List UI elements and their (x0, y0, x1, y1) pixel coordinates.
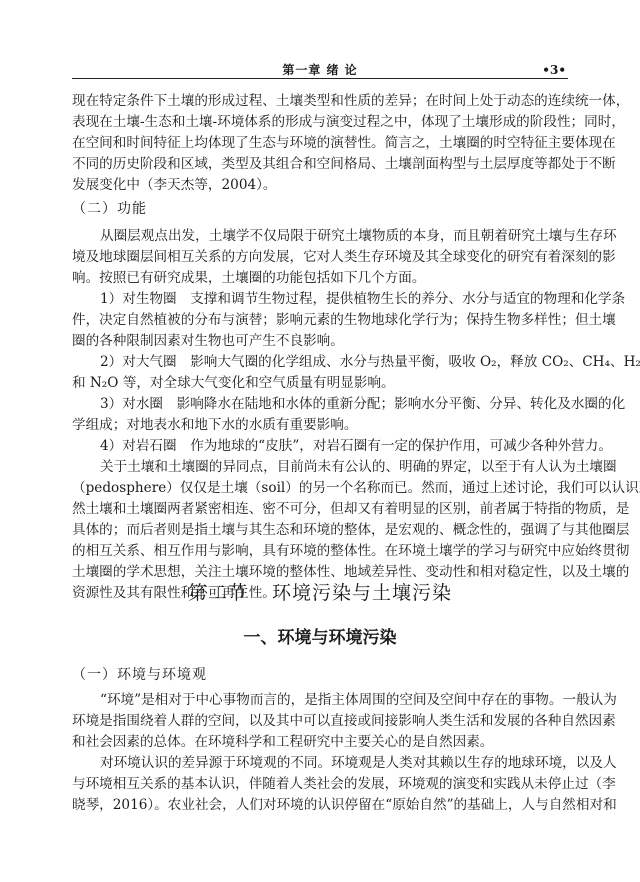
paragraph-line: 圈的各种限制因素对生物也可产生不良影响。 (72, 331, 568, 352)
paragraph-line: 件，决定自然植被的分布与演替；影响元素的生物地球化学行为；保持生物多样性；但土壤 (72, 310, 568, 331)
chapter-title: 第一章 绪 论 (72, 62, 568, 78)
subsection-heading-environment: （一）环境与环境观 (72, 665, 207, 685)
paragraph-line: 对环境认识的差异源于环境观的不同。环境观是人类对其赖以生存的地球环境，以及人 (100, 753, 568, 774)
section-heading: 第二节环境污染与土壤污染 (0, 580, 640, 606)
document-page: 第一章 绪 论 •3• 现在特定条件下土壤的形成过程、土壤类型和性质的差异；在时… (0, 0, 640, 882)
paragraph-line: 和社会因素的总体。在环境科学和工程研究中主要关心的是自然因素。 (72, 732, 568, 753)
running-header: 第一章 绪 论 •3• (72, 62, 568, 78)
paragraph-line: 关于土壤和土壤圈的异同点，目前尚未有公认的、明确的界定，以至于有人认为土壤圈 (100, 457, 568, 478)
paragraph-line: 不同的历史阶段和区域，类型及其组合和空间格局、土壤剖面构型与土层厚度等都处于不断 (72, 154, 568, 175)
page-number: •3• (542, 62, 566, 78)
paragraph-line: “环境”是相对于中心事物而言的，是指主体周围的空间及空间中存在的事物。一般认为 (100, 690, 568, 711)
part-heading: 一、环境与环境污染 (0, 626, 640, 650)
paragraph-line: 现在特定条件下土壤的形成过程、土壤类型和性质的差异；在时间上处于动态的连续统一体… (72, 91, 568, 112)
paragraph-line: 响。按照已有研究成果，土壤圈的功能包括如下几个方面。 (72, 268, 568, 289)
subsection-heading-function: （二）功能 (72, 199, 147, 219)
list-item-biosphere: 1）对生物圈 支撑和调节生物过程，提供植物生长的养分、水分与适宜的物理和化学条 (100, 289, 568, 310)
list-item-atmosphere: 2）对大气圈 影响大气圈的化学组成、水分与热量平衡，吸收 O₂，释放 CO₂、C… (100, 352, 568, 373)
section-number: 第二节 (188, 582, 248, 604)
paragraph-line: 表现在土壤-生态和土壤-环境体系的形成与演变过程之中，体现了土壤形成的阶段性；同… (72, 112, 568, 133)
paragraph-line: （pedosphere）仅仅是土壤（soil）的另一个名称而已。然而，通过上述讨… (72, 478, 568, 499)
paragraph-line: 然土壤和土壤圈两者紧密相连、密不可分，但却又有着明显的区别，前者属于特指的物质，… (72, 499, 568, 520)
header-rule (72, 78, 568, 79)
paragraph-line: 与环境相互关系的基本认识，伴随着人类社会的发展，环境观的演变和实践从未停止过（李 (72, 774, 568, 795)
paragraph-line: 具体的；而后者则是指土壤与其生态和环境的整体，是宏观的、概念性的，强调了与其他圈… (72, 520, 568, 541)
paragraph-line: 环境是指围绕着人群的空间，以及其中可以直接或间接影响人类生活和发展的各种自然因素 (72, 711, 568, 732)
paragraph-line: 学组成；对地表水和地下水的水质有重要影响。 (72, 415, 568, 436)
paragraph-line: 和 N₂O 等，对全球大气变化和空气质量有明显影响。 (72, 373, 568, 394)
paragraph-line: 的相互关系、相互作用与影响，具有环境的整体性。在环境土壤学的学习与研究中应始终贯… (72, 541, 568, 562)
list-item-hydrosphere: 3）对水圈 影响降水在陆地和水体的重新分配；影响水分平衡、分异、转化及水圈的化 (100, 394, 568, 415)
paragraph-line: 从圈层观点出发，土壤学不仅局限于研究土壤物质的本身，而且朝着研究土壤与生存环 (100, 226, 568, 247)
paragraph-line: 晓琴，2016）。农业社会，人们对环境的认识停留在“原始自然”的基础上，人与自然… (72, 795, 568, 816)
paragraph-line: 发展变化中（李天杰等，2004）。 (72, 175, 568, 196)
paragraph-line: 在空间和时间特征上均体现了生态与环境的演替性。简言之，土壤圈的时空特征主要体现在 (72, 133, 568, 154)
list-item-lithosphere: 4）对岩石圈 作为地球的“皮肤”，对岩石圈有一定的保护作用，可减少各种外营力。 (100, 436, 568, 457)
paragraph-line: 境及地球圈层间相互关系的方向发展，它对人类生存环境及其全球变化的研究有着深刻的影 (72, 247, 568, 268)
section-title: 环境污染与土壤污染 (272, 582, 452, 604)
